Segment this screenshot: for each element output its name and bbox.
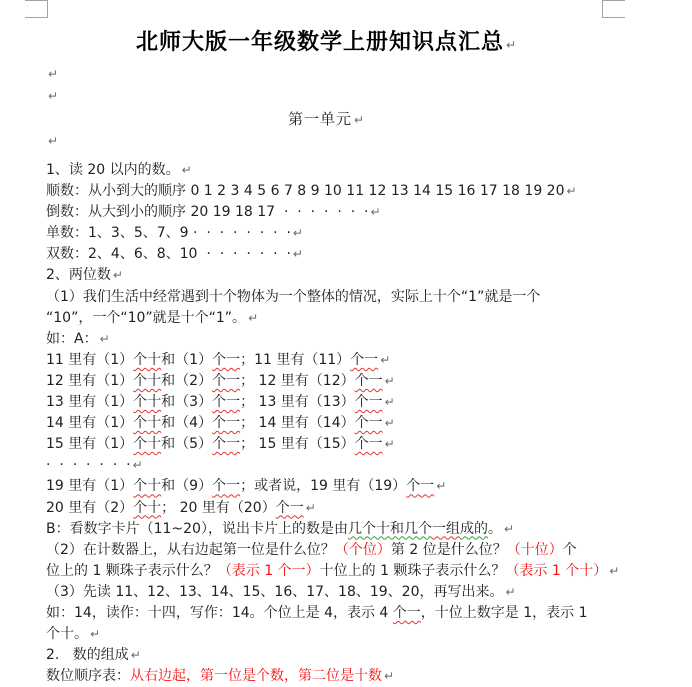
- spellcheck-flagged-text: 个一: [350, 352, 378, 368]
- text-segment: 和（5）: [161, 436, 212, 452]
- paragraph-mark-icon: ↵: [506, 38, 516, 52]
- text-segment: B：看数字卡片（11~20），说出卡片上的数是由: [46, 521, 348, 537]
- text-segment: 第 2 位是什么位？: [391, 542, 507, 558]
- spellcheck-flagged-text: 个十: [133, 352, 161, 368]
- text-segment: （个位）: [335, 542, 391, 558]
- spellcheck-flagged-text: 个一: [393, 605, 421, 621]
- paragraph-mark-icon: ↵: [371, 205, 381, 219]
- paragraph-mark-icon: ↵: [133, 458, 143, 472]
- section-heading: 第一单元↵: [46, 107, 606, 131]
- paragraph-mark-icon: ↵: [385, 374, 395, 388]
- paragraph-mark-icon: ↵: [385, 437, 395, 451]
- text-segment: 十位上的 1 颗珠子表示什么？: [320, 563, 506, 579]
- document-body-text-area[interactable]: 1、读 20 以内的数。↵顺数：从小到大的顺序 0 1 2 3 4 5 6 7 …: [46, 160, 606, 687]
- text-segment: ； 20 里有（20）: [161, 500, 276, 516]
- paragraph-mark-icon: ↵: [436, 479, 446, 493]
- text-segment: 倒数：从大到小的顺序 20 19 18 17 · · · · · · ·: [46, 204, 369, 220]
- text-line: 19 里有（1）个十和（9）个一；或者说，19 里有（19）个一↵: [46, 476, 606, 497]
- text-line: “10”，一个“10”就是十个“1”。↵: [46, 308, 606, 329]
- paragraph-mark-icon: ↵: [506, 585, 516, 599]
- document-header-text-area[interactable]: 北师大版一年级数学上册知识点汇总↵↵↵第一单元↵↵: [46, 24, 606, 153]
- text-segment: 如：A：: [46, 331, 98, 347]
- text-segment: 位上的 1 颗珠子表示什么？: [46, 563, 218, 579]
- document-title: 北师大版一年级数学上册知识点汇总↵: [46, 24, 606, 64]
- text-segment: 13 里有（1）: [46, 394, 133, 410]
- paragraph-mark-icon: ↵: [131, 648, 141, 662]
- blank-line: ↵: [46, 131, 606, 153]
- text-line: 位上的 1 颗珠子表示什么？（表示 1 个一）十位上的 1 颗珠子表示什么？（表…: [46, 561, 606, 582]
- paragraph-mark-icon: ↵: [48, 89, 58, 103]
- text-segment: 数位顺序表：: [46, 668, 130, 684]
- spellcheck-flagged-text: 个十: [133, 415, 161, 431]
- text-segment: 12 里有（1）: [46, 373, 133, 389]
- paragraph-mark-icon: ↵: [248, 311, 258, 325]
- text-segment: 顺数：从小到大的顺序 0 1 2 3 4 5 6 7 8 9 10 11 12 …: [46, 183, 565, 199]
- text-line: （3）先读 11、12、13、14、15、16、17、18、19、20，再写出来…: [46, 582, 606, 603]
- text-segment: ；或者说，19 里有（19）: [240, 478, 406, 494]
- text-segment: · · · · · · ·: [46, 457, 131, 473]
- text-segment: 单数：1、3、5、7、9 · · · · · · · ·: [46, 225, 291, 241]
- paragraph-mark-icon: ↵: [48, 67, 58, 81]
- text-line: 如：14，读作：十四，写作：14。个位上是 4，表示 4 个一，十位上数字是 1…: [46, 603, 606, 624]
- spellcheck-flagged-text: 个一: [355, 394, 383, 410]
- text-line: （1）我们生活中经常遇到十个物体为一个整体的情况，实际上十个“1”就是一个: [46, 287, 606, 308]
- text-line: 顺数：从小到大的顺序 0 1 2 3 4 5 6 7 8 9 10 11 12 …: [46, 181, 606, 202]
- text-segment: 14 里有（1）: [46, 415, 133, 431]
- paragraph-mark-icon: ↵: [293, 247, 303, 261]
- text-line: B：看数字卡片（11~20），说出卡片上的数是由几个十和几个一组成的。↵: [46, 519, 606, 540]
- text-line: 15 里有（1）个十和（5）个一； 15 里有（15）个一↵: [46, 434, 606, 455]
- text-segment: 11 里有（1）: [46, 352, 133, 368]
- spellcheck-flagged-text: 个一: [406, 478, 434, 494]
- paragraph-mark-icon: ↵: [385, 395, 395, 409]
- text-segment: 和（2）: [161, 373, 212, 389]
- paragraph-mark-icon: ↵: [113, 268, 123, 282]
- spellcheck-flagged-text: 个一: [212, 394, 240, 410]
- text-line: 单数：1、3、5、7、9 · · · · · · · ·↵: [46, 223, 606, 244]
- text-segment: 和（9）: [161, 478, 212, 494]
- text-segment: ；11 里有（11）: [240, 352, 350, 368]
- text-segment: 北师大版一年级数学上册知识点汇总: [136, 30, 504, 55]
- text-line: 2. 数的组成↵: [46, 645, 606, 666]
- text-segment: 。: [488, 521, 502, 537]
- text-segment: 如：14，读作：十四，写作：14。个位上是 4，表示 4: [46, 605, 393, 621]
- text-line: 12 里有（1）个十和（2）个一； 12 里有（12）个一↵: [46, 371, 606, 392]
- paragraph-mark-icon: ↵: [100, 332, 110, 346]
- spellcheck-flagged-text: 个十: [133, 394, 161, 410]
- margin-corner-mark-right: [602, 0, 625, 18]
- text-segment: 个: [563, 542, 577, 558]
- paragraph-mark-icon: ↵: [384, 669, 394, 683]
- text-segment: ； 14 里有（14）: [240, 415, 355, 431]
- spellcheck-flagged-text: 个十: [133, 500, 161, 516]
- text-line: 双数：2、4、6、8、10 · · · · · · ·↵: [46, 244, 606, 265]
- spellcheck-flagged-text: 个一: [212, 436, 240, 452]
- paragraph-mark-icon: ↵: [182, 163, 192, 177]
- spellcheck-flagged-text: 个一: [212, 415, 240, 431]
- spellcheck-flagged-text: 个十: [133, 373, 161, 389]
- text-segment: 从右边起，第一位是个数，第二位是十数: [130, 668, 382, 684]
- spellcheck-flagged-text: 几个十和几个: [348, 521, 432, 537]
- spellcheck-flagged-text: 个一: [355, 415, 383, 431]
- text-segment: ，十位上数字是 1，表示 1: [421, 605, 588, 621]
- text-segment: 个十。: [46, 626, 88, 642]
- text-line: · · · · · · ·↵: [46, 455, 606, 476]
- text-segment: 1、读 20 以内的数。: [46, 162, 180, 178]
- spellcheck-flagged-text: 个一: [276, 500, 304, 516]
- paragraph-mark-icon: ↵: [48, 134, 58, 148]
- text-segment: 和（1）: [161, 352, 212, 368]
- text-segment: 第一单元: [288, 110, 352, 128]
- text-line: 20 里有（2）个十； 20 里有（20）个一↵: [46, 498, 606, 519]
- text-line: 倒数：从大到小的顺序 20 19 18 17 · · · · · · ·↵: [46, 202, 606, 223]
- text-segment: 双数：2、4、6、8、10 · · · · · · ·: [46, 246, 291, 262]
- paragraph-mark-icon: ↵: [293, 226, 303, 240]
- text-segment: ； 13 里有（13）: [240, 394, 355, 410]
- document-page: 北师大版一年级数学上册知识点汇总↵↵↵第一单元↵↵ 1、读 20 以内的数。↵顺…: [0, 0, 692, 687]
- text-segment: “10”，一个“10”就是十个“1”。: [46, 310, 246, 326]
- text-line: （2）在计数器上，从右边起第一位是什么位？（个位）第 2 位是什么位？（十位）个: [46, 540, 606, 561]
- paragraph-mark-icon: ↵: [306, 501, 316, 515]
- text-segment: 20 里有（2）: [46, 500, 133, 516]
- paragraph-mark-icon: ↵: [504, 522, 514, 536]
- blank-line: ↵: [46, 86, 606, 108]
- paragraph-mark-icon: ↵: [609, 564, 619, 578]
- text-segment: （表示 1 个十）: [505, 563, 607, 579]
- text-segment: 2. 数的组成: [46, 647, 129, 663]
- paragraph-mark-icon: ↵: [380, 353, 390, 367]
- spellcheck-flagged-text: 个一: [212, 478, 240, 494]
- spellcheck-flagged-text: 个十: [133, 436, 161, 452]
- spellcheck-flagged-text: 个一: [212, 352, 240, 368]
- text-segment: ； 12 里有（12）: [240, 373, 355, 389]
- paragraph-mark-icon: ↵: [354, 113, 364, 127]
- paragraph-mark-icon: ↵: [385, 416, 395, 430]
- text-segment: （十位）: [507, 542, 563, 558]
- text-line: 11 里有（1）个十和（1）个一；11 里有（11）个一↵: [46, 350, 606, 371]
- margin-corner-mark-left: [25, 0, 48, 18]
- spellcheck-flagged-text: 个一: [355, 436, 383, 452]
- text-segment: 2、两位数: [46, 267, 111, 283]
- spellcheck-flagged-text: 成的: [460, 521, 488, 537]
- text-segment: （3）先读 11、12、13、14、15、16、17、18、19、20，再写出来…: [46, 584, 504, 600]
- blank-line: ↵: [46, 64, 606, 86]
- text-segment: （1）我们生活中经常遇到十个物体为一个整体的情况，实际上十个“1”就是一个: [46, 289, 540, 305]
- spellcheck-flagged-text: 个十: [133, 478, 161, 494]
- text-line: 1、读 20 以内的数。↵: [46, 160, 606, 181]
- text-segment: （2）在计数器上，从右边起第一位是什么位？: [46, 542, 335, 558]
- paragraph-mark-icon: ↵: [90, 627, 100, 641]
- paragraph-mark-icon: ↵: [567, 184, 577, 198]
- text-segment: ； 15 里有（15）: [240, 436, 355, 452]
- spellcheck-flagged-text: 个一: [355, 373, 383, 389]
- text-segment: 15 里有（1）: [46, 436, 133, 452]
- spellcheck-flagged-text: 一组: [432, 521, 460, 537]
- text-line: 数位顺序表：从右边起，第一位是个数，第二位是十数↵: [46, 666, 606, 687]
- text-segment: 19 里有（1）: [46, 478, 133, 494]
- text-line: 如：A：↵: [46, 329, 606, 350]
- text-line: 2、两位数↵: [46, 265, 606, 286]
- text-line: 14 里有（1）个十和（4）个一； 14 里有（14）个一↵: [46, 413, 606, 434]
- text-segment: 和（3）: [161, 394, 212, 410]
- text-line: 个十。↵: [46, 624, 606, 645]
- text-segment: 和（4）: [161, 415, 212, 431]
- text-line: 13 里有（1）个十和（3）个一； 13 里有（13）个一↵: [46, 392, 606, 413]
- spellcheck-flagged-text: 个一: [212, 373, 240, 389]
- text-segment: （表示 1 个一）: [218, 563, 320, 579]
